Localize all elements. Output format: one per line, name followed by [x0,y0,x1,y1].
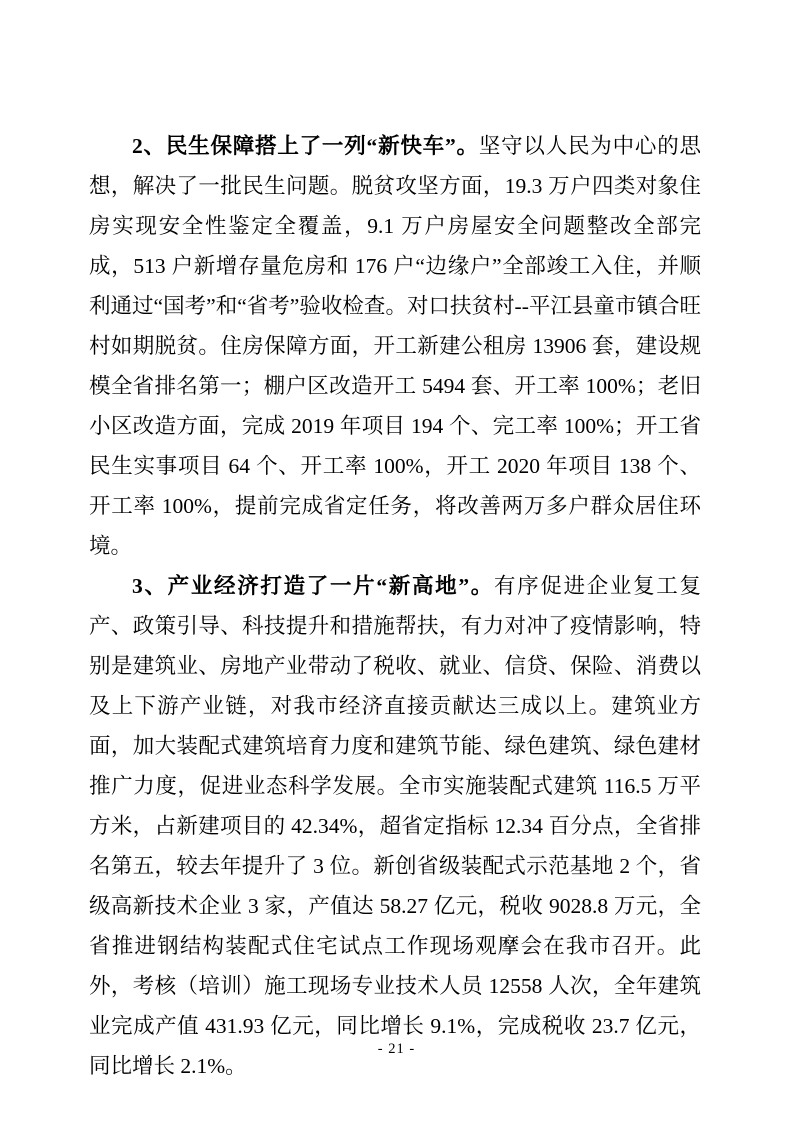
document-content: 2、民生保障搭上了一列“新快车”。坚守以人民为中心的思想，解决了一批民生问题。脱… [89,126,701,1086]
paragraph-section-3: 3、产业经济打造了一片“新高地”。有序促进企业复工复产、政策引导、科技提升和措施… [89,566,701,1086]
section-3-heading: 3、产业经济打造了一片“新高地”。 [132,574,494,598]
paragraph-section-2: 2、民生保障搭上了一列“新快车”。坚守以人民为中心的思想，解决了一批民生问题。脱… [89,126,701,566]
section-2-body: 坚守以人民为中心的思想，解决了一批民生问题。脱贫攻坚方面，19.3 万户四类对象… [89,134,701,558]
section-3-body: 有序促进企业复工复产、政策引导、科技提升和措施帮扶，有力对冲了疫情影响，特别是建… [89,574,701,1078]
page-number: - 21 - [378,1041,415,1057]
page-footer: - 21 - [0,1040,793,1058]
document-page: 2、民生保障搭上了一列“新快车”。坚守以人民为中心的思想，解决了一批民生问题。脱… [0,0,793,1122]
section-2-heading: 2、民生保障搭上了一列“新快车”。 [132,134,479,158]
